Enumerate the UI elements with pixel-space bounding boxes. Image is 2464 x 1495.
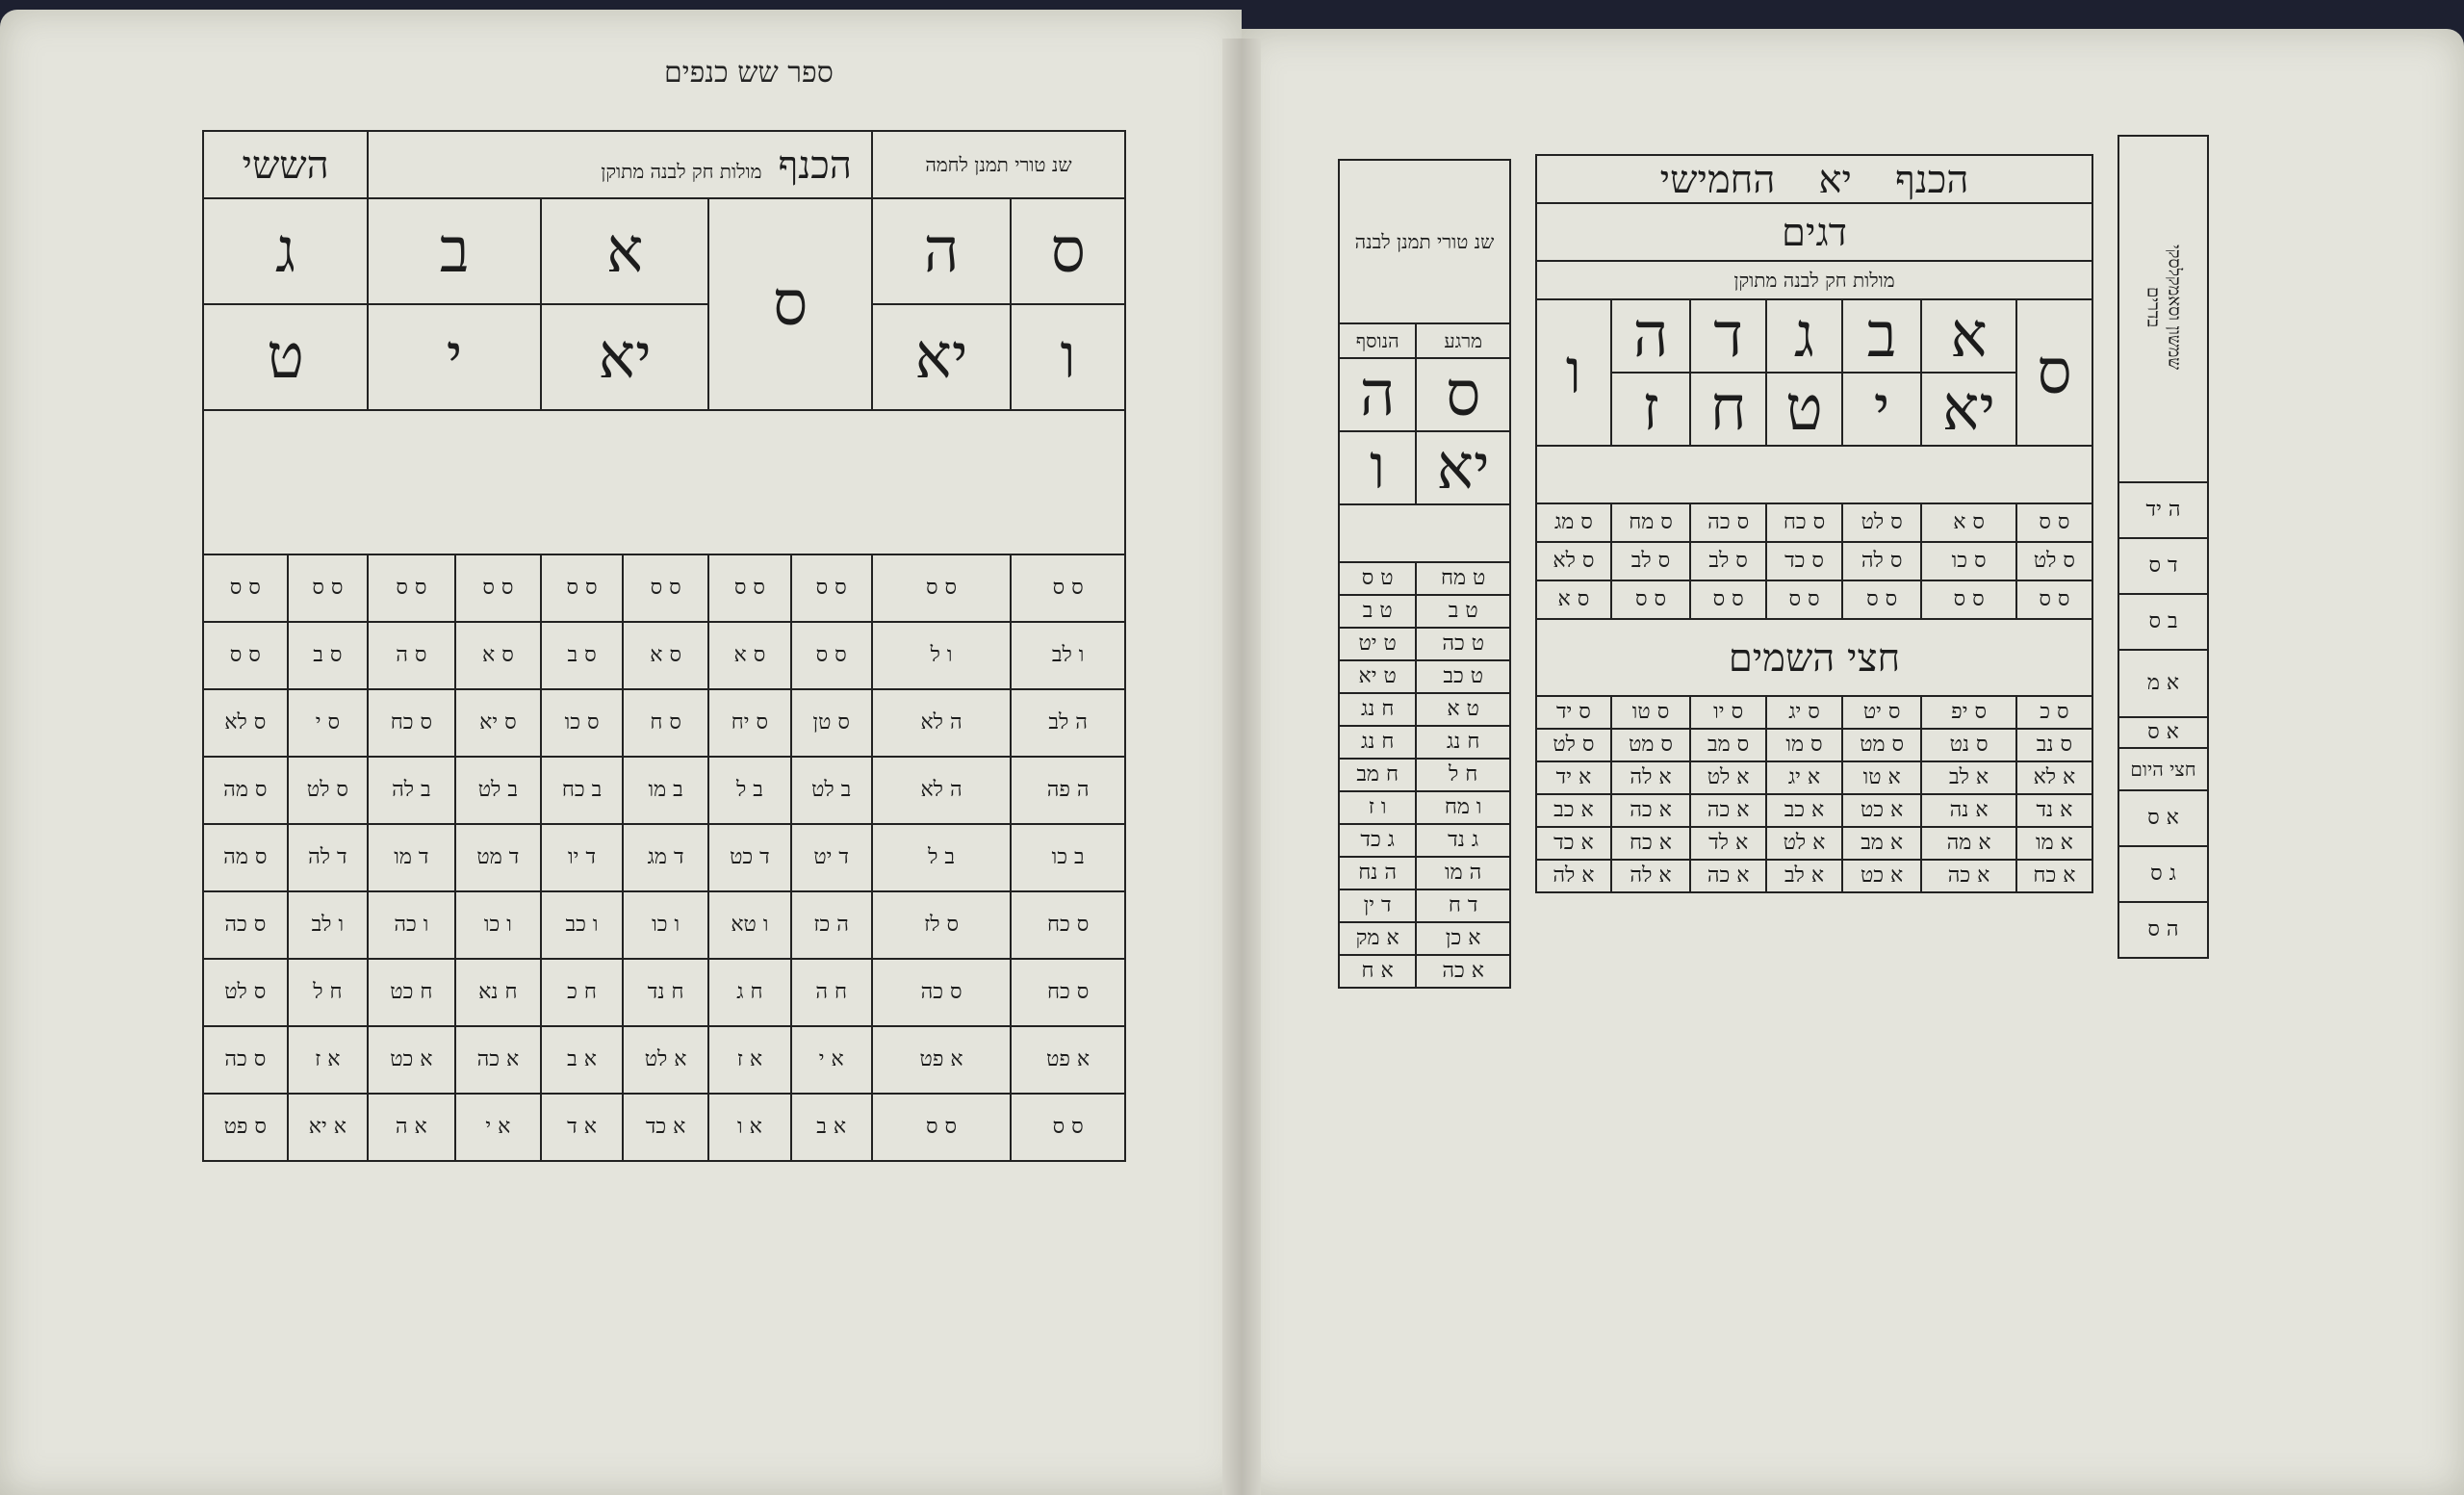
- left-table-ordinal: הששי: [203, 131, 368, 198]
- table-row: ו לב ו ל ס ס ס א ס א ס ב ס א ס ה ס ב ס ס: [203, 622, 1125, 689]
- letter-cell: ט: [203, 304, 368, 410]
- table-row: ב ס: [2118, 594, 2208, 650]
- table-row: ס נב ס נט ס מט ס מו ס מב ס מט ס לט: [1536, 729, 2092, 761]
- letter-cell: יא: [1921, 373, 2016, 446]
- letter-cell: יא: [541, 304, 708, 410]
- table-row: ס ס ס ס א ב א ו א כד א ד א י א ה א יא ס …: [203, 1094, 1125, 1161]
- table-row: ס לט ס כו ס לה ס כד ס לב ס לב ס לא: [1536, 542, 2092, 580]
- far-right-column: שמשון וסאמקלסקי בדרים ה יד ד ס ב ס א מ א…: [2117, 135, 2209, 959]
- column-headings-vertical: [203, 410, 1125, 554]
- table-row: א לא א לב א טו א יג א לט א לה א יד: [1536, 761, 2092, 794]
- right-table-title: הכנף יא החמישי: [1536, 155, 2092, 203]
- table-row: ס כ ס יפ ס יט ס יג ס יו ס טו ס יד: [1536, 696, 2092, 729]
- table-row: ג נדג כד: [1339, 824, 1510, 857]
- table-row: ה יד: [2118, 482, 2208, 538]
- table-row: ס כח ס כה ח ה ח ג ח נד ח כ ח נא ח כט ח ל…: [203, 959, 1125, 1026]
- letter-cell: ה: [1339, 358, 1416, 431]
- table-row: א מו א מה א מב א לט א לד א כח א כד: [1536, 827, 2092, 860]
- table-row: ה פה ה לא ב לט ב ל ב מו ב כח ב לט ב לה ס…: [203, 757, 1125, 824]
- table-row: חצי היום: [2118, 748, 2208, 790]
- table-row: ט כהט יט: [1339, 628, 1510, 660]
- table-row: ס ס ס ס ס ס ס ס ס ס ס ס ס א: [1536, 580, 2092, 619]
- table-row: א ס: [2118, 717, 2208, 748]
- table-row: א כהא ח: [1339, 955, 1510, 988]
- table-row: ב כו ב ל ד יט ד כט ד מג ד יו ד מט ד מו ד…: [203, 824, 1125, 891]
- table-row: א ס: [2118, 790, 2208, 846]
- table-row: ד חד ין: [1339, 889, 1510, 922]
- left-table: שנ טורי תמנן לחמה הכנף מולות חק לבנה מתו…: [202, 130, 1126, 1162]
- table-row: ט מחט ס: [1339, 562, 1510, 595]
- right-main-table: הכנף יא החמישי דגים מולות חק לבנה מתוקן …: [1535, 154, 2093, 893]
- letter-cell: ס: [2016, 299, 2092, 446]
- table-row: ט אח נג: [1339, 693, 1510, 726]
- right-side-box-title: שנ טורי תמנן לבנה: [1339, 160, 1510, 323]
- table-row: ג ס: [2118, 846, 2208, 902]
- table-row: ה לב ה לא ס טן ס יח ס ח ס כו ס יא ס כח ס…: [203, 689, 1125, 757]
- table-row: א נד א נה א כט א כב א כה א כה א כב: [1536, 794, 2092, 827]
- letter-cell: ה: [872, 198, 1011, 304]
- letter-cell: ט: [1766, 373, 1842, 446]
- letter-cell: ס: [1011, 198, 1125, 304]
- letter-cell: ב: [368, 198, 541, 304]
- letter-cell: ו: [1011, 304, 1125, 410]
- table-row: ס כח ס לז ה כז ו טא ו כו ו כב ו כו ו כה …: [203, 891, 1125, 959]
- right-subtitle: מולות חק לבנה מתוקן: [1536, 261, 2092, 299]
- table-row: ו מחו ז: [1339, 791, 1510, 824]
- letter-cell: י: [368, 304, 541, 410]
- right-side-table: שנ טורי תמנן לבנה מרגע הנוסף ס ה יא ו ט …: [1338, 159, 1511, 989]
- book-gutter: [1222, 39, 1261, 1495]
- letter-cell: ס: [1416, 358, 1510, 431]
- letter-cell: ב: [1842, 299, 1921, 373]
- letter-cell: ח: [1690, 373, 1766, 446]
- letter-cell: ה: [1611, 299, 1690, 373]
- left-table-title: הכנף מולות חק לבנה מתוקן: [368, 131, 872, 198]
- letter-cell: ד: [1690, 299, 1766, 373]
- letter-cell: א: [1921, 299, 2016, 373]
- zodiac-sign: דגים: [1536, 203, 2092, 261]
- column-headings-vertical: [1536, 446, 2092, 503]
- mid-heading: חצי השמים: [1536, 619, 2092, 696]
- table-row: א כןא מק: [1339, 922, 1510, 955]
- letter-cell: יא: [872, 304, 1011, 410]
- letter-cell: יא: [1416, 431, 1510, 504]
- table-row: ח נגח נג: [1339, 726, 1510, 759]
- running-head: ספר שש כנפים: [664, 56, 834, 90]
- table-row: א כח א כה א כט א לב א כה א לה א לה: [1536, 860, 2092, 892]
- table-row: ס ס ס ס ס ס ס ס ס ס ס ס ס ס ס ס ס ס ס ס: [203, 554, 1125, 622]
- letter-cell: א: [541, 198, 708, 304]
- letter-cell: ו: [1339, 431, 1416, 504]
- table-row: ס ס ס א ס לט ס כח ס כה ס מח ס מג: [1536, 503, 2092, 542]
- left-side-box-title: שנ טורי תמנן לחמה: [872, 131, 1125, 198]
- table-row: א פט א פט א י א ז א לט א ב א כה א כט א ז…: [203, 1026, 1125, 1094]
- letter-cell: י: [1842, 373, 1921, 446]
- letter-cell: ו: [1536, 299, 1611, 446]
- letter-cell: ז: [1611, 373, 1690, 446]
- table-row: א מ: [2118, 650, 2208, 717]
- table-row: ט בט ב: [1339, 595, 1510, 628]
- table-row: ט כבט יא: [1339, 660, 1510, 693]
- letter-cell: ג: [203, 198, 368, 304]
- table-row: ח לח מב: [1339, 759, 1510, 791]
- letter-cell: ס: [708, 198, 872, 410]
- table-row: ד ס: [2118, 538, 2208, 594]
- table-row: ה ס: [2118, 902, 2208, 958]
- table-row: ה מוה נח: [1339, 857, 1510, 889]
- letter-cell: ג: [1766, 299, 1842, 373]
- far-right-title: שמשון וסאמקלסקי בדרים: [2118, 136, 2208, 482]
